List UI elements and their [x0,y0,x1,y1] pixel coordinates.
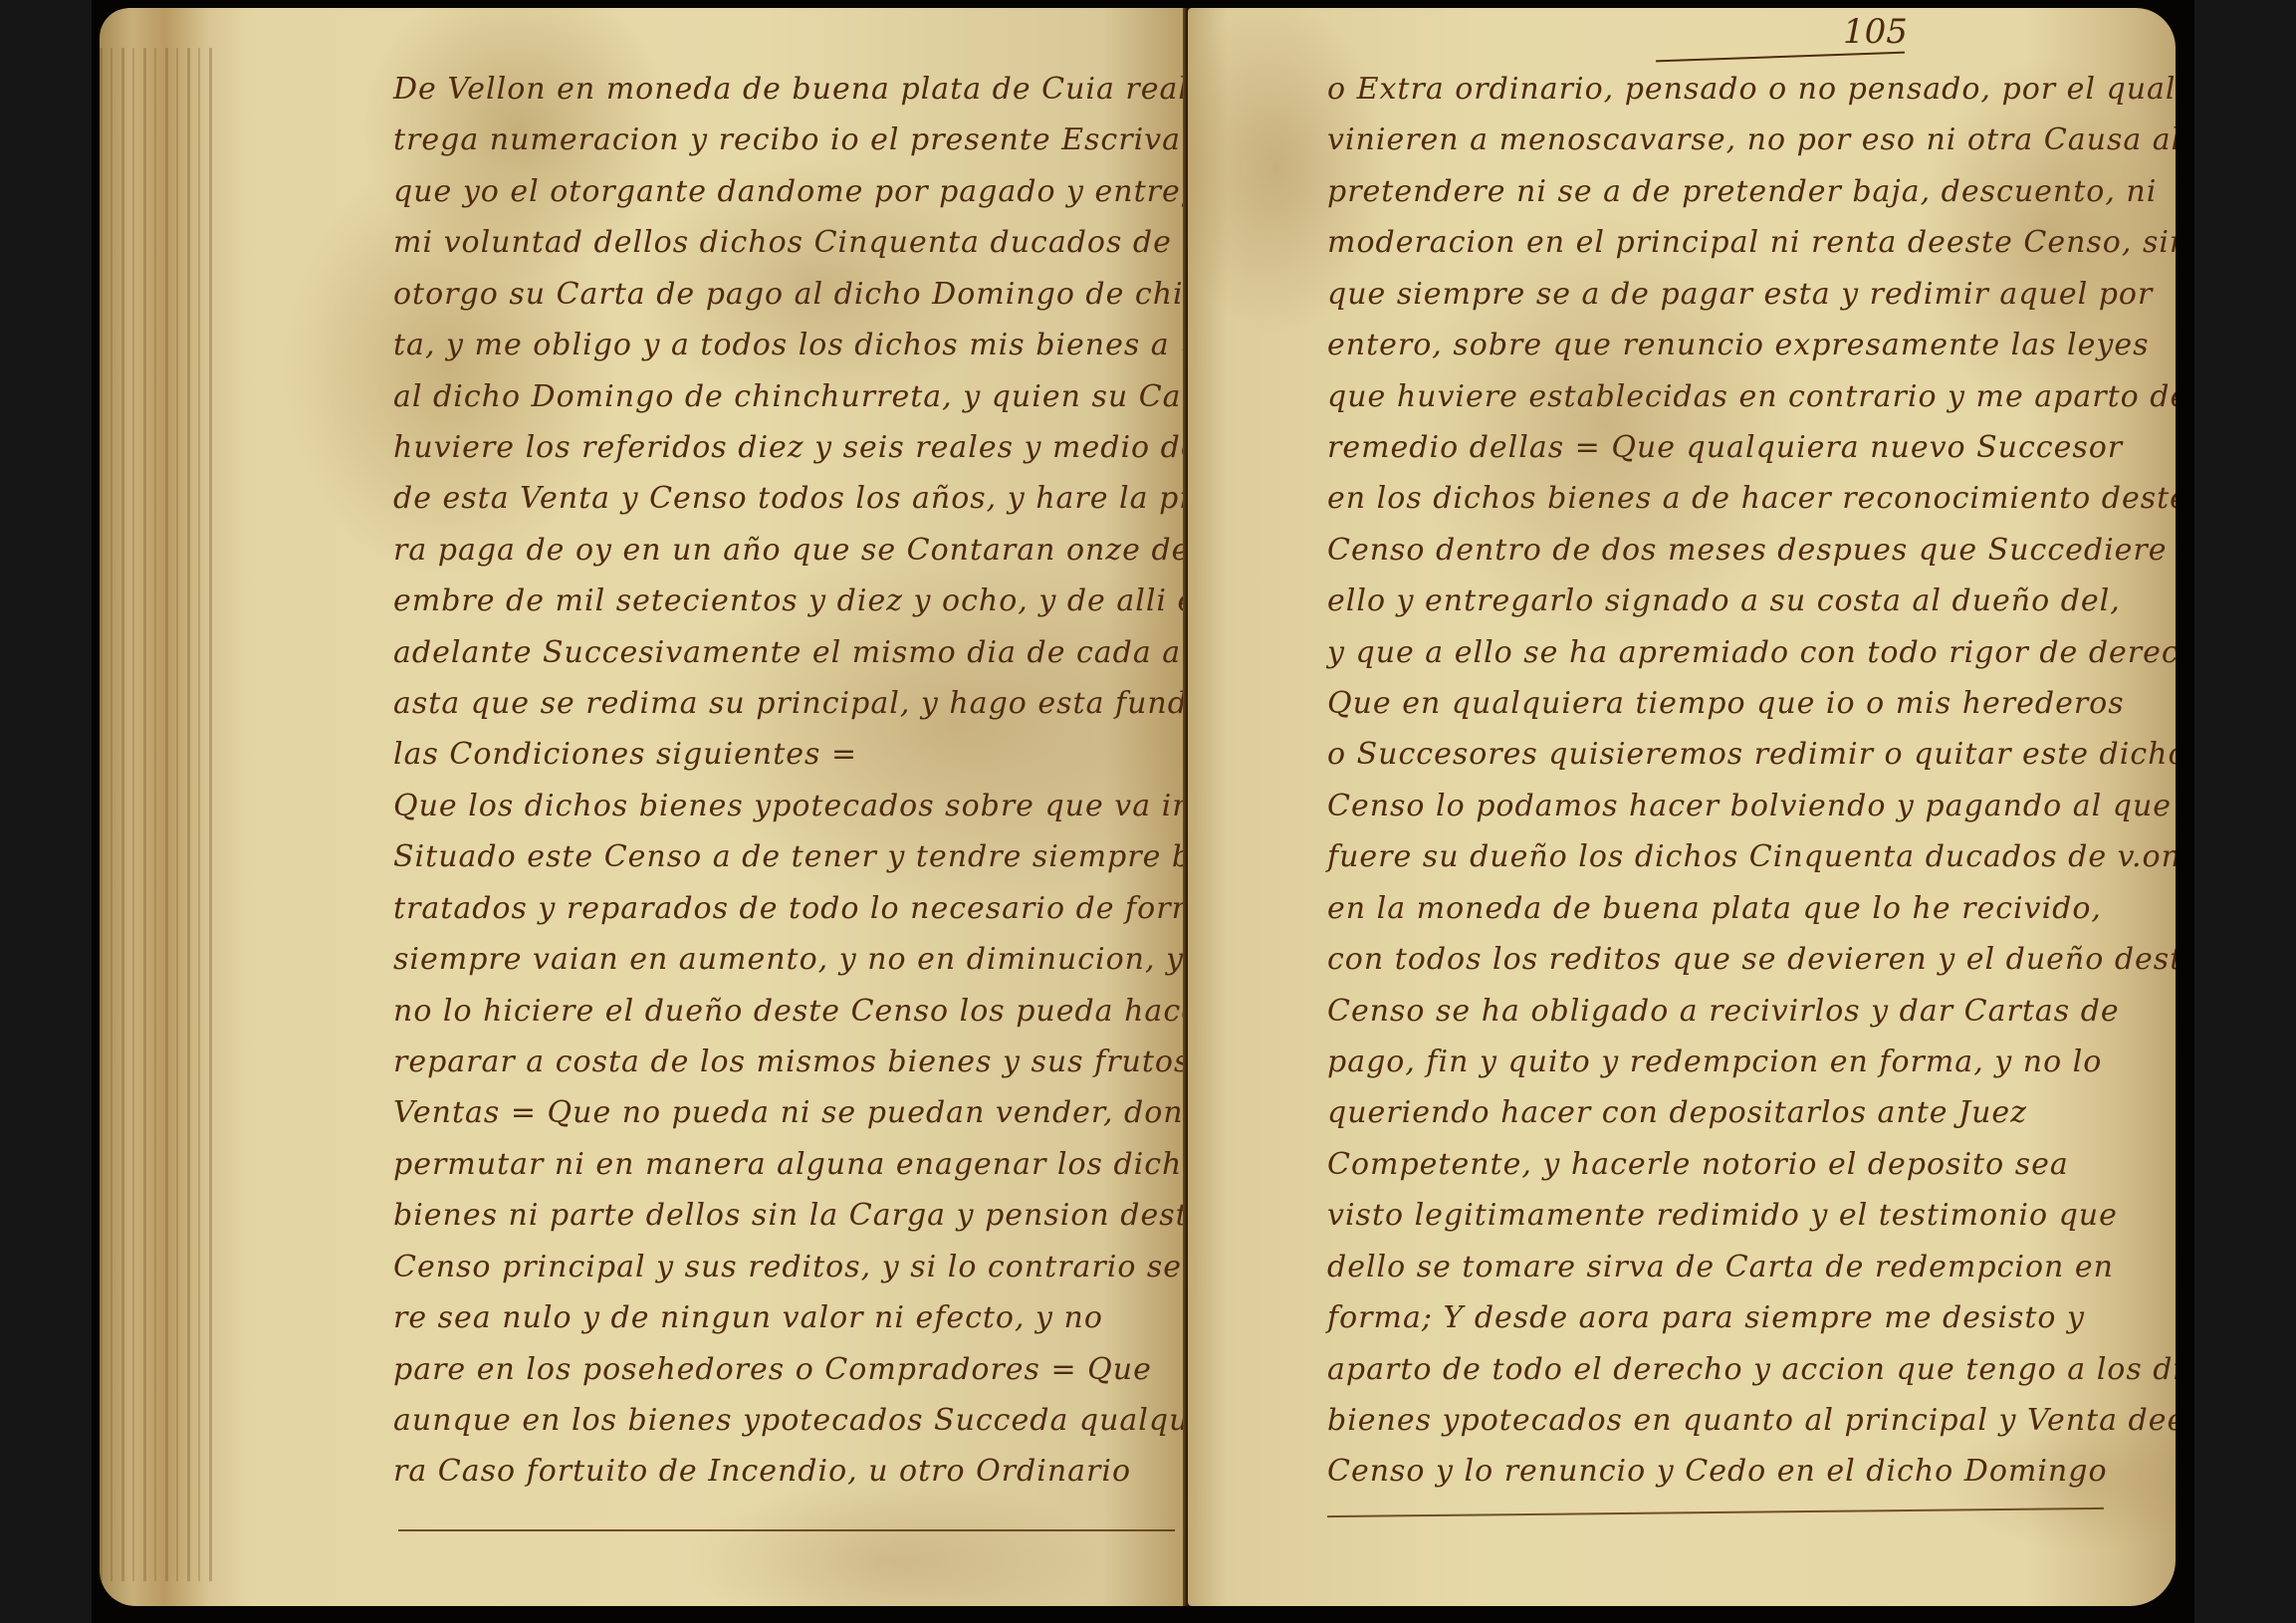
text-line: siempre vaian en aumento, y no en diminu… [393,934,1180,985]
text-line: pretendere ni se a de pretender baja, de… [1327,166,2124,217]
text-line: adelante Succesivamente el mismo dia de … [393,627,1180,678]
text-line: queriendo hacer con depositarlos ante Ju… [1327,1087,2124,1138]
text-line: bienes ni parte dellos sin la Carga y pe… [393,1190,1180,1241]
text-line: otorgo su Carta de pago al dicho Domingo… [393,269,1180,320]
text-line: al dicho Domingo de chinchurreta, y quie… [393,371,1180,422]
closing-rule [1327,1507,2104,1517]
text-line: De Vellon en moneda de buena plata de Cu… [393,64,1180,115]
text-line: dello se tomare sirva de Carta de redemp… [1327,1242,2124,1292]
text-line: Ventas = Que no pueda ni se puedan vende… [393,1087,1180,1138]
text-line: Censo dentro de dos meses despues que Su… [1327,525,2124,576]
text-line: visto legitimamente redimido y el testim… [1327,1190,2124,1241]
text-line: que huviere establecidas en contrario y … [1327,371,2124,422]
text-line: ra Caso fortuito de Incendio, u otro Ord… [393,1446,1180,1497]
text-line: en los dichos bienes a de hacer reconoci… [1327,473,2124,524]
left-page: De Vellon en moneda de buena plata de Cu… [100,8,1190,1606]
folio-number: 105 [1843,12,1908,52]
right-page-text: o Extra ordinario, pensado o no pensado,… [1327,64,2124,1498]
text-line: y que a ello se ha apremiado con todo ri… [1327,627,2124,678]
text-line: Que en qualquiera tiempo que io o mis he… [1327,678,2124,729]
text-line: fuere su dueño los dichos Cinquenta duca… [1327,831,2124,882]
text-line: aunque en los bienes ypotecados Succeda … [393,1395,1180,1446]
text-line: entero, sobre que renuncio expresamente … [1327,320,2124,370]
right-page: 105 o Extra ordinario, pensado o no pens… [1188,8,2176,1606]
text-line: Situado este Censo a de tener y tendre s… [393,831,1180,882]
text-line: ta, y me obligo y a todos los dichos mis… [393,320,1180,370]
text-line: ra paga de oy en un año que se Contaran … [393,525,1180,576]
closing-rule [398,1529,1175,1531]
text-line: las Condiciones siguientes = [393,729,1180,780]
text-line: Censo se ha obligado a recivirlos y dar … [1327,986,2124,1037]
page-stack-edges [100,48,219,1581]
text-line: forma; Y desde aora para siempre me desi… [1327,1292,2124,1343]
text-line: Censo lo podamos hacer bolviendo y pagan… [1327,781,2124,831]
left-page-text: De Vellon en moneda de buena plata de Cu… [393,64,1180,1498]
text-line: pare en los posehedores o Compradores = … [393,1344,1180,1395]
text-line: reparar a costa de los mismos bienes y s… [393,1037,1180,1087]
text-line: o Succesores quisieremos redimir o quita… [1327,729,2124,780]
text-line: bienes ypotecados en quanto al principal… [1327,1395,2124,1446]
text-line: tratados y reparados de todo lo necesari… [393,883,1180,934]
open-book: De Vellon en moneda de buena plata de Cu… [100,8,2176,1606]
text-line: o Extra ordinario, pensado o no pensado,… [1327,64,2124,115]
text-line: en la moneda de buena plata que lo he re… [1327,883,2124,934]
text-line: Que los dichos bienes ypotecados sobre q… [393,781,1180,831]
text-line: pago, fin y quito y redempcion en forma,… [1327,1037,2124,1087]
text-line: que yo el otorgante dandome por pagado y… [393,166,1180,217]
text-line: Censo y lo renuncio y Cedo en el dicho D… [1327,1446,2124,1497]
text-line: re sea nulo y de ningun valor ni efecto,… [393,1292,1180,1343]
text-line: embre de mil setecientos y diez y ocho, … [393,576,1180,626]
text-line: ello y entregarlo signado a su costa al … [1327,576,2124,626]
text-line: remedio dellas = Que qualquiera nuevo Su… [1327,422,2124,473]
text-line: aparto de todo el derecho y accion que t… [1327,1344,2124,1395]
text-line: huviere los referidos diez y seis reales… [393,422,1180,473]
text-line: vinieren a menoscavarse, no por eso ni o… [1327,115,2124,165]
text-line: mi voluntad dellos dichos Cinquenta duca… [393,217,1180,268]
text-line: Censo principal y sus reditos, y si lo c… [393,1242,1180,1292]
folio-underline [1656,52,1905,63]
text-line: que siempre se a de pagar esta y redimir… [1327,269,2124,320]
text-line: permutar ni en manera alguna enagenar lo… [393,1139,1180,1190]
text-line: Competente, y hacerle notorio el deposit… [1327,1139,2124,1190]
text-line: no lo hiciere el dueño deste Censo los p… [393,986,1180,1037]
text-line: asta que se redima su principal, y hago … [393,678,1180,729]
text-line: trega numeracion y recibo io el presente… [393,115,1180,165]
text-line: de esta Venta y Censo todos los años, y … [393,473,1180,524]
text-line: con todos los reditos que se devieren y … [1327,934,2124,985]
text-line: moderacion en el principal ni renta dees… [1327,217,2124,268]
